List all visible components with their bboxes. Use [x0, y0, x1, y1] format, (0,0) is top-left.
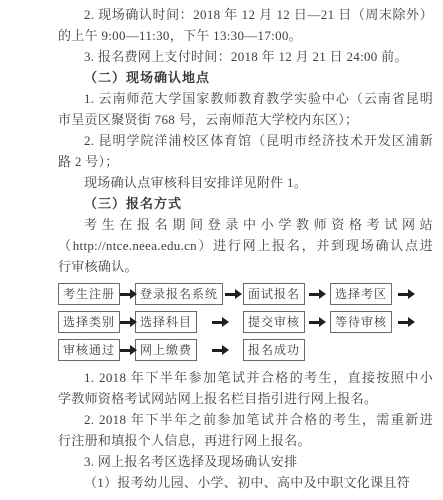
text-line: 1. 2018 年下半年参加笔试并合格的考生，直接按照中小 — [58, 367, 433, 388]
flow-cell: 考生注册 — [58, 283, 135, 305]
right-arrow-icon — [120, 317, 137, 327]
paragraph-note-3-1: （1）报考幼儿园、小学、初中、高中及中职文化课且符 — [58, 472, 433, 493]
flowchart-row-3: 审核通过 网上缴费 报名成功 — [58, 339, 433, 361]
flowchart-row-1: 考生注册 登录报名系统 面试报名 选择考区 — [58, 283, 433, 305]
text-line: 3. 网上报名考区选择及现场确认安排 — [58, 451, 433, 472]
right-arrow-icon — [225, 289, 242, 299]
flow-cell: 选择科目 — [135, 311, 243, 333]
paragraph-note-1: 1. 2018 年下半年参加笔试并合格的考生，直接按照中小 学教师资格考试网站网… — [58, 367, 433, 409]
registration-flowchart: 考生注册 登录报名系统 面试报名 选择考区 选择类别 选择科目 — [58, 283, 433, 361]
section-heading-text: （二）现场确认地点 — [58, 67, 433, 88]
text-line: 2. 2018 年下半年之前参加笔试并合格的考生，需重新进 — [58, 409, 433, 430]
text-line: 1. 云南师范大学国家教师教育教学实验中心（云南省昆明 — [58, 88, 433, 109]
paragraph-location-2: 2. 昆明学院洋浦校区体育馆（昆明市经济技术开发区浦新 路 2 号）； — [58, 130, 433, 172]
paragraph-registration-method: 考生在报名期间登录中小学教师资格考试网站 （http://ntce.neea.e… — [58, 214, 433, 277]
document-page: 2. 现场确认时间：2018 年 12 月 12 日—21 日（周末除外） 的上… — [0, 0, 443, 500]
text-line-with-url: （http://ntce.neea.edu.cn）进行网上报名，并到现场确认点进 — [58, 235, 433, 256]
right-arrow-icon — [212, 345, 229, 355]
flow-cell: 面试报名 — [243, 283, 330, 305]
paragraph-location-1: 1. 云南师范大学国家教师教育教学实验中心（云南省昆明 市呈贡区聚贤街 768 … — [58, 88, 433, 130]
flow-box-review-passed: 审核通过 — [58, 339, 120, 361]
flow-cell: 报名成功 — [243, 339, 330, 361]
flow-cell: 提交审核 — [243, 311, 330, 333]
paragraph-note-3: 3. 网上报名考区选择及现场确认安排 — [58, 451, 433, 472]
right-arrow-icon — [120, 345, 137, 355]
right-arrow-icon — [212, 317, 229, 327]
flow-cell: 登录报名系统 — [135, 283, 243, 305]
flow-cell: 等待审核 — [330, 311, 421, 333]
flow-cell: 网上缴费 — [135, 339, 243, 361]
paragraph-payment-deadline: 3. 报名费网上支付时间：2018 年 12 月 21 日 24:00 前。 — [58, 46, 433, 67]
text-line: 市呈贡区聚贤街 768 号，云南师范大学校内东区）； — [58, 109, 433, 130]
text-line: 行注册和填报个人信息，再进行网上报名。 — [58, 430, 433, 451]
text-line: 2. 现场确认时间：2018 年 12 月 12 日—21 日（周末除外） — [58, 4, 433, 25]
flow-cell: 审核通过 — [58, 339, 135, 361]
paragraph-onsite-confirmation-time: 2. 现场确认时间：2018 年 12 月 12 日—21 日（周末除外） 的上… — [58, 4, 433, 46]
text-line: 的上午 9:00—11:30，下午 13:30—17:00。 — [58, 25, 433, 46]
flow-box-select-exam-area: 选择考区 — [330, 283, 392, 305]
text-line: 2. 昆明学院洋浦校区体育馆（昆明市经济技术开发区浦新 — [58, 130, 433, 151]
flow-cell: 选择考区 — [330, 283, 421, 305]
flow-box-signup-success: 报名成功 — [243, 339, 305, 361]
heading-registration-method: （三）报名方式 — [58, 193, 433, 214]
paragraph-note-2: 2. 2018 年下半年之前参加笔试并合格的考生，需重新进 行注册和填报个人信息… — [58, 409, 433, 451]
flow-cell: 选择类别 — [58, 311, 135, 333]
flow-box-login-system: 登录报名系统 — [135, 283, 223, 305]
flow-box-candidate-register: 考生注册 — [58, 283, 120, 305]
flowchart-row-2: 选择类别 选择科目 提交审核 等待审核 — [58, 311, 433, 333]
paragraph-attachment-note: 现场确认点审核科目安排详见附件 1。 — [58, 172, 433, 193]
section-heading-text: （三）报名方式 — [58, 193, 433, 214]
text-line: 现场确认点审核科目安排详见附件 1。 — [58, 172, 433, 193]
text-line: 路 2 号）； — [58, 151, 433, 172]
flow-box-select-subject: 选择科目 — [135, 311, 197, 333]
flow-box-online-payment: 网上缴费 — [135, 339, 197, 361]
text-line: 学教师资格考试网站网上报名栏目指引进行网上报名。 — [58, 388, 433, 409]
text-line: 3. 报名费网上支付时间：2018 年 12 月 21 日 24:00 前。 — [58, 46, 433, 67]
right-arrow-icon — [398, 317, 415, 327]
text-line: 行审核确认。 — [58, 256, 433, 277]
right-arrow-icon — [120, 289, 137, 299]
right-arrow-icon — [398, 289, 415, 299]
flow-box-interview-signup: 面试报名 — [243, 283, 305, 305]
flow-box-submit-review: 提交审核 — [243, 311, 305, 333]
heading-onsite-confirmation-location: （二）现场确认地点 — [58, 67, 433, 88]
right-arrow-icon — [309, 289, 326, 299]
text-line: 考生在报名期间登录中小学教师资格考试网站 — [58, 214, 433, 235]
right-arrow-icon — [309, 317, 326, 327]
flow-box-wait-review: 等待审核 — [330, 311, 392, 333]
flow-box-select-category: 选择类别 — [58, 311, 120, 333]
text-line: （1）报考幼儿园、小学、初中、高中及中职文化课且符 — [58, 472, 433, 493]
